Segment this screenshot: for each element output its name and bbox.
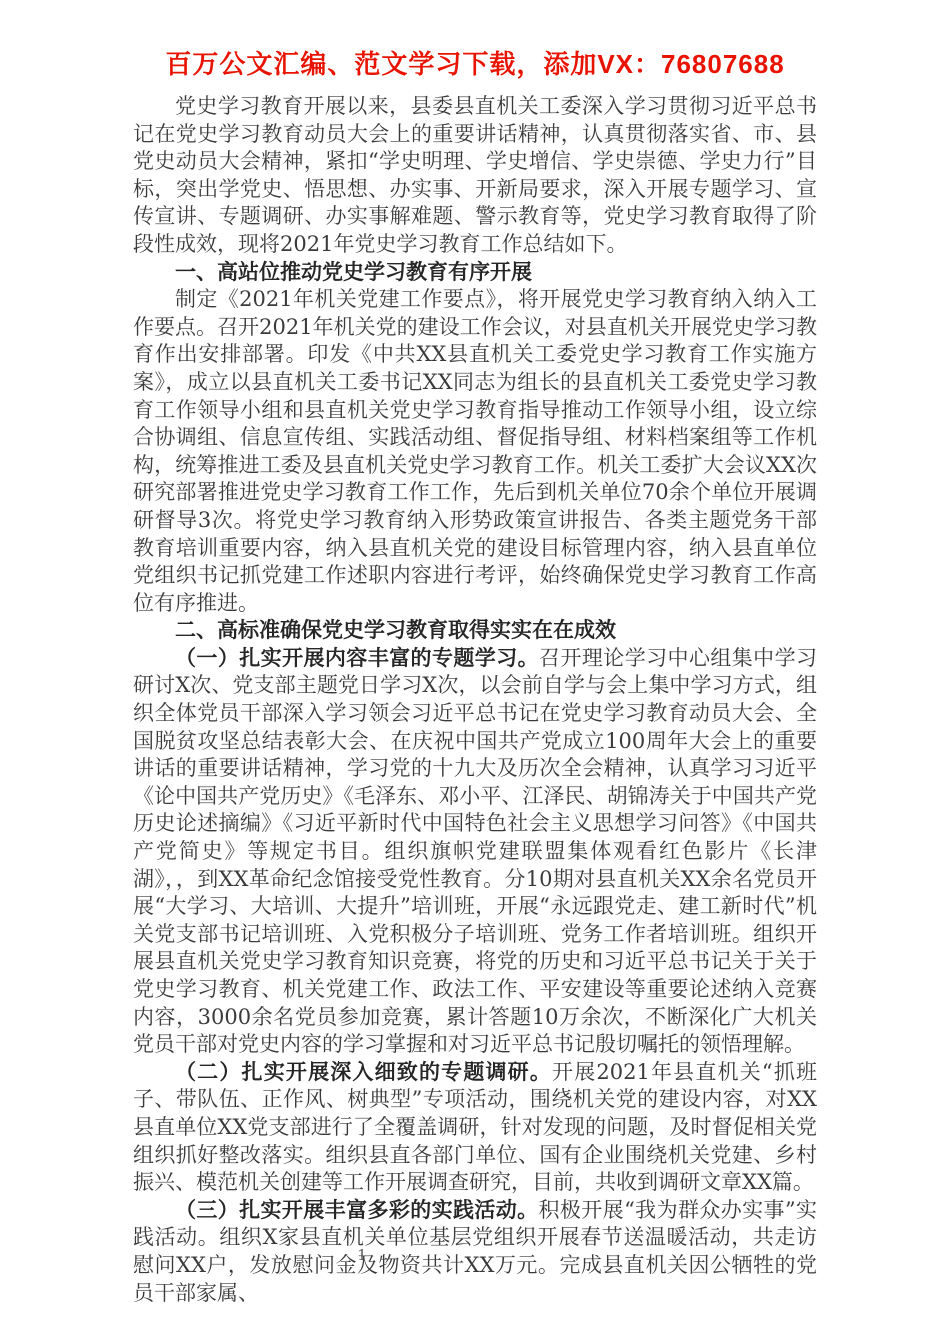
section-2-item-3-lead: （三）扎实开展丰富多彩的实践活动。 (175, 1198, 539, 1222)
section-2-item-1: （一）扎实开展内容丰富的专题学习。召开理论学习中心组集中学习研讨X次、党支部主题… (133, 645, 817, 1059)
section-2-item-1-text: 召开理论学习中心组集中学习研讨X次、党支部主题党日学习X次，以会前自学与会上集中… (133, 646, 817, 1056)
section-1-paragraph: 制定《2021年机关党建工作要点》，将开展党史学习教育纳入纳入工作要点。召开20… (133, 286, 817, 617)
section-2-item-2-lead: （二）扎实开展深入细致的专题调研。 (175, 1060, 552, 1084)
promo-banner: 百万公文汇编、范文学习下载，添加VX：76807688 (0, 0, 950, 81)
intro-paragraph: 党史学习教育开展以来，县委县直机关工委深入学习贯彻习近平总书记在党史学习教育动员… (133, 93, 817, 259)
document-page: 百万公文汇编、范文学习下载，添加VX：76807688 党史学习教育开展以来，县… (0, 0, 950, 1344)
page-number: 1 (340, 1246, 384, 1264)
section-2-item-2: （二）扎实开展深入细致的专题调研。开展2021年县直机关“抓班子、带队伍、正作风… (133, 1059, 817, 1197)
section-2-item-3: （三）扎实开展丰富多彩的实践活动。积极开展“我为群众办实事”实践活动。组织X家县… (133, 1197, 817, 1307)
section-2-heading: 二、高标准确保党史学习教育取得实实在在成效 (133, 617, 817, 645)
section-1-heading: 一、高站位推动党史学习教育有序开展 (133, 259, 817, 287)
document-content: 党史学习教育开展以来，县委县直机关工委深入学习贯彻习近平总书记在党史学习教育动员… (133, 93, 817, 1307)
section-2-item-1-lead: （一）扎实开展内容丰富的专题学习。 (175, 646, 539, 670)
